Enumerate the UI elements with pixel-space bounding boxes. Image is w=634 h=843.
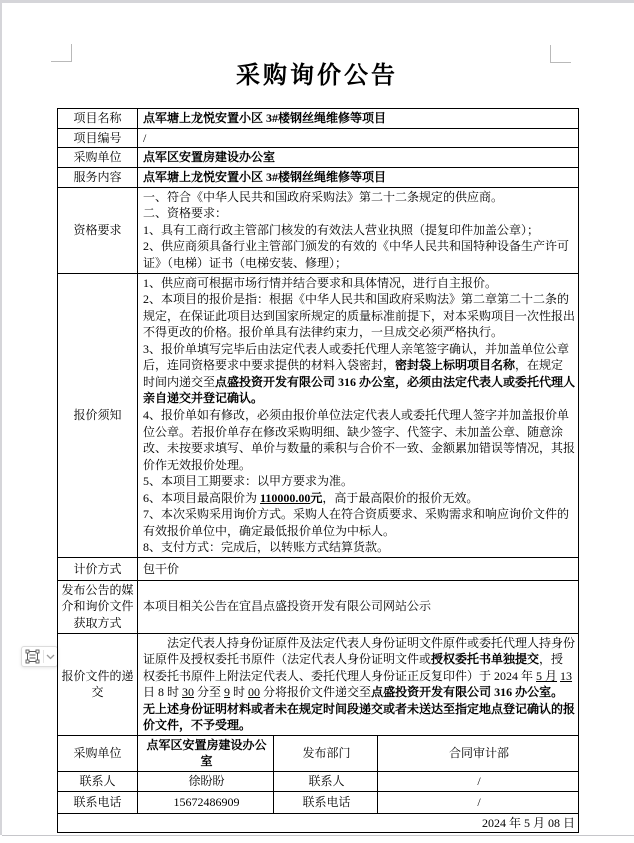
paragraph: 3、报价单填写完毕后由法定代表人或委托代理人亲笔签字确认，并加盖单位公章后，连同… [143, 341, 575, 407]
chevron-down-icon[interactable] [44, 654, 57, 660]
announcement-table: 项目名称 点军塘上龙悦安置小区 3#楼钢丝绳维修等项目 项目编号 / 采购单位 … [57, 108, 579, 833]
footer-phone-label: 联系电话 [58, 791, 138, 813]
project-name-label: 项目名称 [58, 109, 138, 129]
page-title: 采购询价公告 [0, 55, 634, 90]
quotation-notes-value: 1、供应商可根据市场行情并结合要求和具体情况，进行自主报价。 2、本项目的报价是… [138, 273, 579, 557]
bold-text: 授权委托书单独提交 [431, 652, 539, 666]
page-edge-bottom [2, 835, 634, 836]
page-edge-left [0, 3, 2, 835]
project-number-value: / [138, 128, 579, 148]
footer-dept-label: 发布部门 [274, 735, 378, 771]
footer-unit-label: 采购单位 [58, 735, 138, 771]
table-row: 联系人 徐盼盼 联系人 / [58, 771, 579, 791]
table-row: 报价须知 1、供应商可根据市场行情并结合要求和具体情况，进行自主报价。 2、本项… [58, 273, 579, 557]
pricing-method-value: 包干价 [138, 557, 579, 580]
paragraph: 4、报价单如有修改，必须由报价单位法定代表人或委托代理人签字并加盖报价单位公章。… [143, 407, 575, 473]
bold-text: 元 [310, 491, 322, 505]
page-edge-top [0, 0, 634, 3]
paragraph: 二、资格要求： [143, 205, 575, 222]
table-row: 计价方式 包干价 [58, 557, 579, 580]
paragraph: 6、本项目最高限价为 110000.00元，高于最高限价的报价无效。 [143, 490, 575, 507]
text-segment: ，高于最高限价的报价无效。 [322, 491, 478, 505]
paragraph: 8、支付方式：完成后，以转账方式结算货款。 [143, 539, 575, 556]
pricing-method-label: 计价方式 [58, 557, 138, 580]
purchasing-unit-label: 采购单位 [58, 148, 138, 168]
paragraph: 5、本项目工期要求：以甲方要求为准。 [143, 473, 575, 490]
table-row: 项目名称 点军塘上龙悦安置小区 3#楼钢丝绳维修等项目 [58, 109, 579, 129]
table-select-icon[interactable] [22, 649, 43, 664]
project-name-value: 点军塘上龙悦安置小区 3#楼钢丝绳维修等项目 [138, 109, 579, 129]
submission-label: 报价文件的递交 [58, 633, 138, 735]
footer-phone-value: 15672486909 [138, 791, 274, 813]
service-content-label: 服务内容 [58, 168, 138, 188]
paragraph: 1、供应商可根据市场行情并结合要求和具体情况，进行自主报价。 [143, 275, 575, 292]
underlined-text: 00 [248, 685, 260, 699]
underlined-text: 13 [560, 669, 572, 683]
paragraph: 2、供应商须具备行业主管部门颁发的有效的《中华人民共和国特种设备生产许可证》（电… [143, 238, 575, 271]
footer-contact2-label: 联系人 [274, 771, 378, 791]
footer-contact2-value: / [378, 771, 579, 791]
table-row: 服务内容 点军塘上龙悦安置小区 3#楼钢丝绳维修等项目 [58, 168, 579, 188]
text-segment: 日 8 时 [143, 685, 182, 699]
table-row: 项目编号 / [58, 128, 579, 148]
project-number-label: 项目编号 [58, 128, 138, 148]
table-row: 采购单位 点军区安置房建设办公室 [58, 148, 579, 168]
announcement-media-label: 发布公告的媒介和询价文件获取方式 [58, 580, 138, 633]
announcement-date: 2024 年 5 月 08 日 [58, 813, 579, 833]
footer-contact-value: 徐盼盼 [138, 771, 274, 791]
text-segment: 时 [230, 685, 248, 699]
paragraph: 1、具有工商行政主管部门核发的有效法人营业执照（提复印件加盖公章）； [143, 222, 575, 239]
table-row: 报价文件的递交 法定代表人持身份证原件及法定代表人身份证明文件原件或委托代理人持… [58, 633, 579, 735]
submission-value: 法定代表人持身份证原件及法定代表人身份证明文件原件或委托代理人持身份证原件及授权… [138, 633, 579, 735]
announcement-media-value: 本项目相关公告在宜昌点盛投资开发有限公司网站公示 [138, 580, 579, 633]
paragraph: 一、符合《中华人民共和国政府采购法》第二十二条规定的供应商。 [143, 189, 575, 206]
underlined-text: 5 月 [536, 669, 557, 683]
underlined-text: 30 [182, 685, 194, 699]
paragraph: 2、本项目的报价是指：根据《中华人民共和国政府采购法》第二章第二十二条的规定，在… [143, 291, 575, 341]
footer-phone2-label: 联系电话 [274, 791, 378, 813]
table-row: 资格要求 一、符合《中华人民共和国政府采购法》第二十二条规定的供应商。 二、资格… [58, 187, 579, 273]
table-row: 采购单位 点军区安置房建设办公室 发布部门 合同审计部 [58, 735, 579, 771]
service-content-value: 点军塘上龙悦安置小区 3#楼钢丝绳维修等项目 [138, 168, 579, 188]
table-row: 发布公告的媒介和询价文件获取方式 本项目相关公告在宜昌点盛投资开发有限公司网站公… [58, 580, 579, 633]
quotation-notes-label: 报价须知 [58, 273, 138, 557]
max-price-value: 110000.00 [260, 491, 310, 505]
qualification-label: 资格要求 [58, 187, 138, 273]
table-row: 联系电话 15672486909 联系电话 / [58, 791, 579, 813]
text-segment: 分将报价文件递交至 [260, 685, 371, 699]
bold-text: 密封袋上标明项目名称 [395, 358, 515, 372]
footer-unit-value: 点军区安置房建设办公室 [138, 735, 274, 771]
footer-dept-value: 合同审计部 [378, 735, 579, 771]
table-row: 2024 年 5 月 08 日 [58, 813, 579, 833]
qualification-value: 一、符合《中华人民共和国政府采购法》第二十二条规定的供应商。 二、资格要求： 1… [138, 187, 579, 273]
paragraph: 7、本次采购采用询价方式。采购人在符合资质要求、采购需求和响应询价文件的有效报价… [143, 506, 575, 539]
footer-contact-label: 联系人 [58, 771, 138, 791]
table-tool-button[interactable] [21, 646, 58, 667]
text-segment: 6、本项目最高限价为 [143, 491, 260, 505]
text-segment: 分至 [194, 685, 224, 699]
purchasing-unit-value: 点军区安置房建设办公室 [138, 148, 579, 168]
paragraph: 法定代表人持身份证原件及法定代表人身份证明文件原件或委托代理人持身份证原件及授权… [143, 635, 575, 734]
footer-phone2-value: / [378, 791, 579, 813]
